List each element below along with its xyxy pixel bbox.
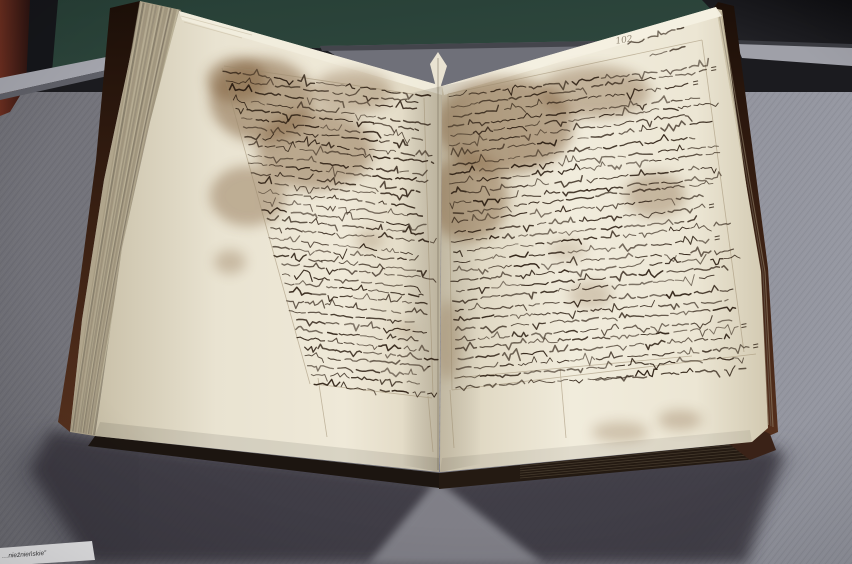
museum-photo: 102 …nieźnieńskie” bbox=[0, 0, 852, 564]
vignette bbox=[0, 0, 852, 564]
manuscript-scene: 102 …nieźnieńskie” bbox=[0, 0, 852, 564]
